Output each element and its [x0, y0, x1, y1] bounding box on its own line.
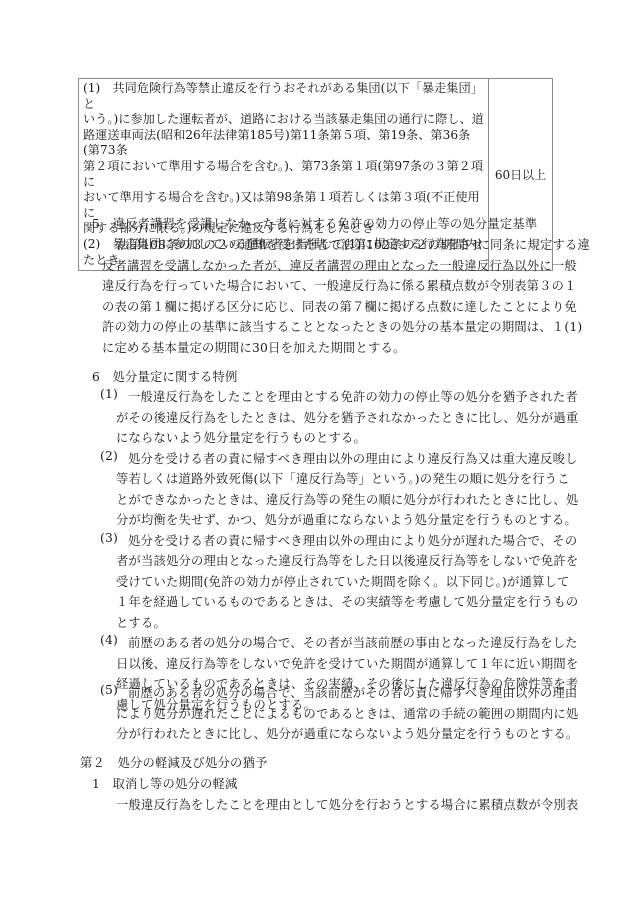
item-line: とができなかったときは、違反行為等の発生の順に処分が行われたときに比し、処 — [116, 490, 578, 508]
section5-heading: 5 違反者講習を受講しなかった者に対する免許の効力の停止等の処分量定基準 — [92, 214, 537, 232]
item-number: (1) — [100, 387, 118, 401]
section6-heading: 6 処分量定に関する特例 — [92, 367, 238, 385]
item-line: 分が均衡を失せず、かつ、処分が過重にならないよう処分量定を行うものとする。 — [116, 510, 577, 528]
item-line: １年を経過しているものであるときは、その実績等を考慮して処分量定を行うもの — [116, 592, 578, 610]
item-line: 処分を受ける者の責に帰すべき理由以外の理由により違反行為又は重大違反唆し — [128, 449, 578, 467]
item-number: (2) — [100, 449, 118, 463]
chapter2-subheading: 1 取消し等の処分の軽減 — [92, 774, 238, 792]
item-number: (4) — [100, 633, 118, 647]
desc-line: 路運送車両法(昭和26年法律第185号)第11条第５項、第19条、第36条(第7… — [83, 128, 485, 159]
chapter2-heading: 第２ 処分の軽減及び処分の猶予 — [80, 753, 267, 771]
section5-line: 反者講習を受講しなかった者が、違反者講習の理由となった一般違反行為以外に一般 — [102, 256, 577, 274]
item-line: にならないよう処分量定を行うものとする。 — [116, 428, 366, 446]
item-line: がその後違反行為をしたときは、処分を猶予されなかったときに比し、処分が過重 — [116, 408, 578, 426]
item-line: とする。 — [116, 613, 166, 631]
item-number: (5) — [100, 683, 118, 697]
item-line: 前歴のある者の処分の場合で、その者が当該前歴の事由となった違反行為をした — [128, 633, 578, 651]
item-line: 一般違反行為をしたことを理由とする免許の効力の停止等の処分を猶予された者 — [128, 387, 578, 405]
item-line: 受けていた期間(免許の効力が停止されていた期間を除く。以下同じ。)が通算して — [116, 572, 570, 590]
item-line: 日以後、違反行為等をしないで免許を受けていた期間が通算して１年に近い期間を — [116, 654, 578, 672]
chapter2-line: 一般違反行為をしたことを理由として処分を行おうとする場合に累積点数が令別表 — [116, 795, 578, 813]
section5-line: の表の第１欄に掲げる区分に応じ、同表の第７欄に掲げる点数に達したことにより免 — [102, 297, 577, 315]
item-line: 分が行われたときに比し、処分が過重にならないよう処分量定を行うものとする。 — [116, 724, 578, 742]
section5-line: 法第108条の３の２の通知を受けた者で法第102条の２の期間内に同条に規定する違 — [117, 235, 590, 253]
desc-line: いう。)に参加した運転者が、道路における当該暴走集団の通行に際し、道 — [83, 112, 485, 128]
item-number: (3) — [100, 531, 118, 545]
section5-line: 違反行為を行っていた場合において、一般違反行為に係る累積点数が令別表第３の１ — [102, 276, 577, 294]
item-line: 前歴のある者の処分の場合で、当該前歴がその者の責に帰すべき理由以外の理由 — [128, 683, 577, 701]
item-line: 処分を受ける者の責に帰すべき理由以外の理由により処分が遅れた場合で、その — [128, 531, 577, 549]
section5-line: 許の効力の停止の基準に該当することとなったときの処分の基本量定の期間は、１(1) — [102, 317, 582, 335]
desc-line: 第２項において準用する場合を含む。)、第73条第１項(第97条の３第２項に — [83, 159, 485, 190]
item-line: により処分が遅れたことによるものであるときは、通常の手続の範囲の期間内に処 — [116, 704, 578, 722]
desc-line: (1) 共同危険行為等禁止違反を行うおそれがある集団(以下「暴走集団」と — [83, 81, 485, 112]
section5-line: に定める基本量定の期間に30日を加えた期間とする。 — [102, 338, 405, 356]
item-line: 者が当該処分の理由となった違反行為等をした日以後違反行為等をしないで免許を — [116, 551, 578, 569]
item-line: 等若しくは道路外致死傷(以下「違反行為等」という。)の発生の順に処分を行うこ — [116, 469, 570, 487]
